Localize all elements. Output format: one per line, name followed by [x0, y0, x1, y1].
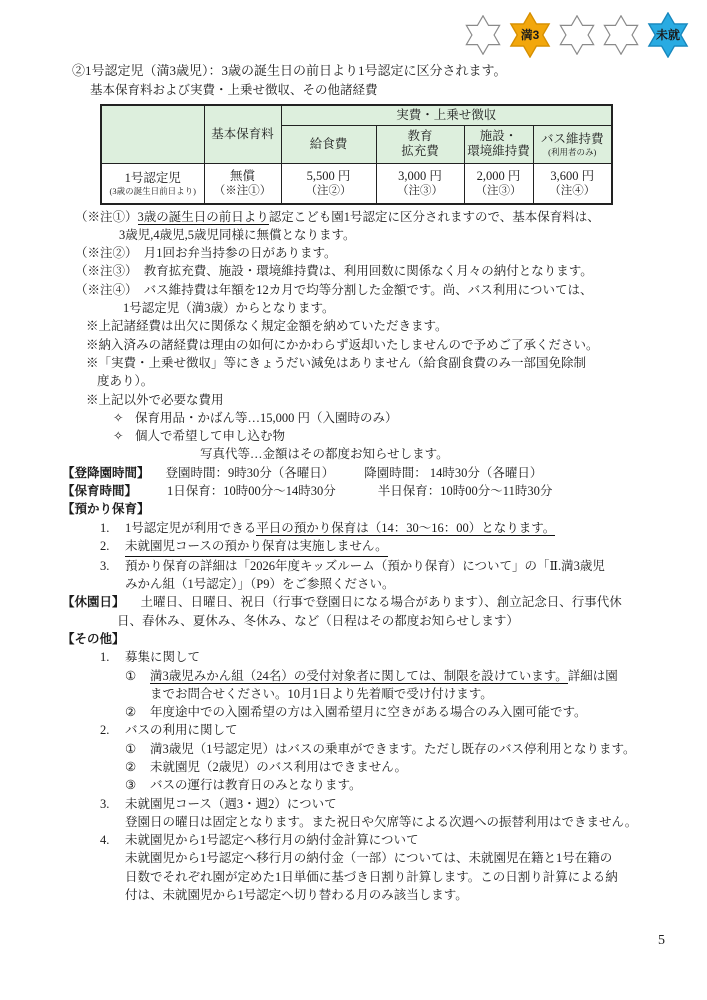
header-basic-fee: 基本保育料 — [204, 105, 281, 164]
note-misc-3-line2: 度あり）。 — [97, 372, 707, 390]
star-label: 未就 — [656, 27, 680, 42]
education-fee-value: 3,000 円 — [377, 169, 464, 184]
header-bus-fee: バス維持費 (利用者のみ) — [533, 125, 612, 163]
section-care-hours: 【保育時間】 1日保育：10時00分～14時30分 半日保育：10時00分～11… — [62, 482, 707, 500]
basic-fee-value: 無償 — [205, 169, 281, 184]
hexagram-star-icon — [601, 15, 641, 55]
list-number: 3. — [100, 557, 125, 575]
basic-fee-note: （※注①） — [205, 184, 281, 198]
note-misc-3-line1: ※「実費・上乗せ徴収」等にきょうだい減免はありません（給食副食費のみ一部国免除制 — [86, 354, 707, 372]
cell-meal-fee: 5,500 円 （注②） — [281, 163, 376, 204]
header-meal-fee: 給食費 — [281, 125, 376, 163]
cell-bus-fee: 3,600 円 （注④） — [533, 163, 612, 204]
closed-days-text1: 土曜日、日曜日、祝日（行事で登園日になる場合があります）、創立記念日、行事代休 — [141, 593, 622, 611]
note-misc-2: ※納入済みの諸経費は理由の如何にかかわらず返却いたしませんので予めご了承ください… — [86, 336, 707, 354]
list-number: 4. — [100, 831, 125, 849]
cell-facility-fee: 2,000 円 （注③） — [464, 163, 533, 204]
hexagram-star-icon-mishu: 未就 — [645, 12, 691, 58]
cell-education-fee: 3,000 円 （注③） — [376, 163, 464, 204]
other-item-1a-line2: までお問合せください。10月1日より先着順で受け付けます。 — [150, 685, 707, 703]
other-label: 【その他】 — [62, 632, 125, 646]
bus-fee-note: （注④） — [534, 184, 612, 198]
diamond-bullet-icon: ✧ — [113, 427, 135, 445]
bullet-item-supplies-text: 保育用品・かばん等…15,000 円（入園時のみ） — [135, 409, 398, 427]
header-bus-note: (利用者のみ) — [534, 147, 612, 157]
extended-care-item-2: 2.未就園児コースの預かり保育は実施しません。 — [100, 537, 707, 557]
fee-table: 基本保育料 実費・上乗せ徴収 給食費 教育 拡充費 施設・ 環境維持費 バス維持… — [100, 104, 613, 205]
bullet-item-optional-text: 個人で希望して申し込む物 — [135, 427, 285, 445]
note-1-line1: （※注①）3歳の誕生日の前日より認定こども園1号認定に区分されますので、基本保育… — [75, 208, 707, 226]
table-caption: 基本保育料および実費・上乗せ徴収、その他諸経費 — [90, 81, 707, 99]
facility-fee-value: 2,000 円 — [465, 169, 533, 184]
list-number: 1. — [100, 519, 125, 537]
note-1-line2: 3歳児,4歳児,5歳児同様に無償となります。 — [119, 226, 707, 244]
section-title: ②1号認定児（満3歳児）：3歳の誕生日の前日より1号認定に区分されます。 — [72, 62, 707, 80]
other-item-1a-line1: ①満3歳児みかん組（24名）の受付対象者に関しては、制限を設けています。詳細は園 — [125, 667, 707, 685]
header-group-actual-cost: 実費・上乗せ徴収 — [281, 105, 612, 126]
note-3: （※注③） 教育拡充費、施設・環境維持費は、利用回数に関係なく月々の納付となりま… — [75, 262, 707, 280]
other-item-2b: ②未就園児（2歳児）のバス利用はできません。 — [125, 758, 707, 776]
circled-number: ② — [125, 758, 150, 776]
full-day-care-value: 1日保育：10時00分～14時30分 — [167, 482, 336, 500]
departure-time-value: 降園時間： 14時30分（各曜日） — [364, 464, 542, 482]
list-number: 2. — [100, 721, 125, 739]
note-misc-1: ※上記諸経費は出欠に関係なく規定金額を納めていただきます。 — [86, 317, 707, 335]
bus-fee-value: 3,600 円 — [534, 169, 612, 184]
other-item-2a: ①満3歳児（1号認定児）はバスの乗車ができます。ただし既存のバス停利用となります… — [125, 740, 707, 758]
star-label: 満3 — [521, 27, 540, 42]
facility-fee-note: （注③） — [465, 184, 533, 198]
other-item-1b-text: 年度途中での入園希望の方は入園希望月に空きがある場合のみ入園可能です。 — [150, 703, 587, 721]
cell-basic-fee: 無償 （※注①） — [204, 163, 281, 204]
arrival-time-value: 登園時間：9時30分（各曜日） — [166, 464, 335, 482]
section-arrival-time: 【登降園時間】 登園時間：9時30分（各曜日） 降園時間： 14時30分（各曜日… — [62, 464, 707, 482]
header-bus-line1: バス維持費 — [534, 132, 612, 147]
other-item-4-title: 未就園児から1号認定へ移行月の納付金計算について — [125, 831, 419, 849]
list-number: 3. — [100, 795, 125, 813]
note-1-rest: 認定こども園1号認定に区分されますので、基本保育料は、 — [269, 210, 600, 224]
meal-fee-value: 5,500 円 — [282, 169, 376, 184]
care-hours-label: 【保育時間】 — [62, 482, 137, 500]
extended-care-label: 【預かり保育】 — [62, 502, 150, 516]
header-education-line2: 拡充費 — [377, 144, 464, 159]
photo-fee-note: 写真代等…金額はその都度お知らせします。 — [200, 445, 707, 463]
hexagram-star-icon — [557, 15, 597, 55]
note-4-line2: 1号認定児（満3歳）からとなります。 — [123, 299, 707, 317]
hexagram-star-icon — [463, 15, 503, 55]
section-extended-care: 【預かり保育】 — [62, 500, 707, 518]
extended-care-item-1-pre: 1号認定児が利用できる — [125, 521, 256, 535]
other-item-2c-text: バスの運行は教育日のみとなります。 — [150, 776, 362, 794]
bullet-item-optional: ✧個人で希望して申し込む物 — [113, 427, 707, 445]
header-facility-line1: 施設・ — [465, 129, 533, 144]
header-education-fee: 教育 拡充費 — [376, 125, 464, 163]
row-sublabel: (3歳の誕生日前日より) — [102, 186, 204, 196]
meal-fee-note: （注②） — [282, 184, 376, 198]
section-closed-days: 【休園日】土曜日、日曜日、祝日（行事で登園日になる場合があります）、創立記念日、… — [62, 593, 707, 611]
circled-number: ③ — [125, 776, 150, 794]
section-other: 【その他】 — [62, 630, 707, 648]
closed-days-label: 【休園日】 — [62, 593, 125, 611]
other-item-1b: ②年度途中での入園希望の方は入園希望月に空きがある場合のみ入園可能です。 — [125, 703, 707, 721]
extended-care-item-3-line2: みかん組（1号認定）」（P9）をご参照ください。 — [125, 575, 707, 593]
education-fee-note: （注③） — [377, 184, 464, 198]
extended-care-item-1-underlined: 平日の預かり保育は（14：30～16：00）となります。 — [256, 521, 555, 537]
header-facility-line2: 環境維持費 — [465, 144, 533, 159]
bullet-item-supplies: ✧保育用品・かばん等…15,000 円（入園時のみ） — [113, 409, 707, 427]
row-label-cell: 1号認定児 (3歳の誕生日前日より) — [101, 163, 204, 204]
other-item-1-title: 募集に関して — [125, 648, 200, 666]
other-item-3: 3.未就園児コース（週3・週2）について — [100, 795, 707, 813]
other-item-1a-rest: 詳細は園 — [568, 669, 618, 683]
other-item-4-body-line2: 日数でそれぞれ園が定めた1日単価に基づき日割り計算します。この日割り計算による納 — [125, 868, 707, 886]
extended-care-item-3-text1: 預かり保育の詳細は「2026年度キッズルーム（預かり保育）について」の「Ⅱ.満3… — [125, 557, 605, 575]
note-1-underlined: 3歳の誕生日の前日より — [138, 210, 269, 226]
header-facility-fee: 施設・ 環境維持費 — [464, 125, 533, 163]
arrival-time-label: 【登降園時間】 — [62, 464, 150, 482]
other-item-4: 4.未就園児から1号認定へ移行月の納付金計算について — [100, 831, 707, 849]
other-item-2-title: バスの利用に関して — [125, 721, 238, 739]
other-item-3-body: 登園日の曜日は固定となります。また祝日や欠席等による次週への振替利用はできません… — [125, 813, 707, 831]
row-label: 1号認定児 — [102, 171, 204, 186]
other-item-2: 2.バスの利用に関して — [100, 721, 707, 739]
list-number: 1. — [100, 648, 125, 666]
document-body: ②1号認定児（満3歳児）：3歳の誕生日の前日より1号認定に区分されます。 基本保… — [0, 62, 707, 904]
other-item-2a-text: 満3歳児（1号認定児）はバスの乗車ができます。ただし既存のバス停利用となります。 — [150, 740, 636, 758]
page-number: 5 — [658, 933, 665, 949]
other-item-1a-underlined: 満3歳児みかん組（24名）の受付対象者に関しては、制限を設けています。 — [150, 669, 568, 685]
document-page: 満3 未就 ②1号認定児（満3歳児）：3歳の誕生日の前日より1号認定に区分されま… — [0, 0, 707, 1000]
note-1-head: （※注①） — [75, 210, 138, 224]
note-4-line1: （※注④） バス維持費は年額を12カ月で均等分割した金額です。尚、バス利用につい… — [75, 281, 707, 299]
other-item-2b-text: 未就園児（2歳児）のバス利用はできません。 — [150, 758, 407, 776]
extended-care-item-3-line1: 3.預かり保育の詳細は「2026年度キッズルーム（預かり保育）について」の「Ⅱ.… — [100, 557, 707, 575]
other-item-3-title: 未就園児コース（週3・週2）について — [125, 795, 337, 813]
header-education-line1: 教育 — [377, 129, 464, 144]
star-row: 満3 未就 — [463, 12, 691, 58]
table-corner-cell — [101, 105, 204, 164]
other-item-4-body-line3: 付は、未就園児から1号認定へ切り替わる月のみ該当します。 — [125, 886, 707, 904]
extended-care-item-2-underlined: 未就園児コースの預かり保育は実施しません。 — [125, 537, 388, 557]
circled-number: ① — [125, 667, 150, 685]
extended-care-item-1: 1.1号認定児が利用できる平日の預かり保育は（14：30～16：00）となります… — [100, 519, 707, 537]
diamond-bullet-icon: ✧ — [113, 409, 135, 427]
other-item-4-body-line1: 未就園児から1号認定へ移行月の納付金（一部）については、未就園児在籍と1号在籍の — [125, 849, 707, 867]
other-item-2c: ③バスの運行は教育日のみとなります。 — [125, 776, 707, 794]
note-2: （※注②） 月1回お弁当持参の日があります。 — [75, 244, 707, 262]
other-item-1: 1.募集に関して — [100, 648, 707, 666]
note-misc-4: ※上記以外で必要な費用 — [86, 391, 707, 409]
closed-days-text2: 日、春休み、夏休み、冬休み、など（日程はその都度お知らせします） — [117, 612, 707, 630]
circled-number: ① — [125, 740, 150, 758]
hexagram-star-icon-man3: 満3 — [507, 12, 553, 58]
circled-number: ② — [125, 703, 150, 721]
half-day-care-value: 半日保育：10時00分～11時30分 — [378, 482, 553, 500]
list-number: 2. — [100, 537, 125, 555]
